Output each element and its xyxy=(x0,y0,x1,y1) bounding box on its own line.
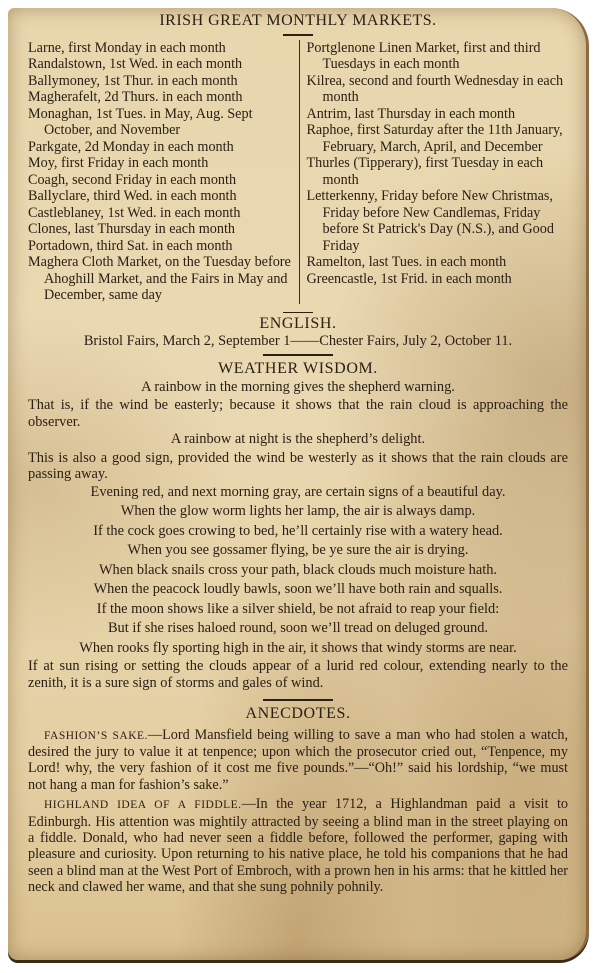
market-entry: Parkgate, 2d Monday in each month xyxy=(28,139,295,156)
page-content: IRISH GREAT MONTHLY MARKETS. Larne, firs… xyxy=(28,8,568,896)
weather-heading: WEATHER WISDOM. xyxy=(28,360,568,378)
market-entry: Ballyclare, third Wed. in each month xyxy=(28,188,295,205)
market-entry: Raphoe, first Saturday after the 11th Ja… xyxy=(306,122,568,155)
markets-left-column: Larne, first Monday in each month Randal… xyxy=(28,40,300,304)
market-entry: Portadown, third Sat. in each month xyxy=(28,238,295,255)
divider xyxy=(263,354,333,356)
market-entry: Antrim, last Thursday in each month xyxy=(306,106,568,123)
divider xyxy=(283,34,313,36)
market-entry: Ramelton, last Tues. in each month xyxy=(306,254,568,271)
anecdotes-heading: ANECDOTES. xyxy=(28,705,568,723)
weather-proverb: But if she rises haloed round, soon we’l… xyxy=(28,619,568,639)
weather-proverb: When you see gossamer flying, be ye sure… xyxy=(28,541,568,561)
almanac-page: IRISH GREAT MONTHLY MARKETS. Larne, firs… xyxy=(8,8,589,960)
anecdote-title: HIGHLAND IDEA OF A FIDDLE. xyxy=(44,799,242,811)
markets-columns: Larne, first Monday in each month Randal… xyxy=(28,40,568,304)
divider xyxy=(283,312,313,314)
market-entry: Randalstown, 1st Wed. in each month xyxy=(28,56,295,73)
weather-proverb: When black snails cross your path, black… xyxy=(28,561,568,581)
anecdote: HIGHLAND IDEA OF A FIDDLE.—In the year 1… xyxy=(28,796,568,895)
weather-proverb: When rooks fly sporting high in the air,… xyxy=(28,639,568,659)
market-entry: Letterkenny, Friday before New Christmas… xyxy=(306,188,568,254)
market-entry: Thurles (Tipperary), first Tuesday in ea… xyxy=(306,155,568,188)
market-entry: Portglenone Linen Market, first and thir… xyxy=(306,40,568,73)
market-entry: Moy, first Friday in each month xyxy=(28,155,295,172)
anecdote: FASHION’S SAKE.—Lord Mansfield being wil… xyxy=(28,727,568,794)
anecdote-title: FASHION’S SAKE. xyxy=(44,730,148,742)
market-entry: Magherafelt, 2d Thurs. in each month xyxy=(28,89,295,106)
market-entry: Larne, first Monday in each month xyxy=(28,40,295,57)
market-entry: Coagh, second Friday in each month xyxy=(28,172,295,189)
market-entry: Castleblaney, 1st Wed. in each month xyxy=(28,205,295,222)
market-entry: Clones, last Thursday in each month xyxy=(28,221,295,238)
weather-proverb: Evening red, and next morning gray, are … xyxy=(28,483,568,503)
weather-explanation: That is, if the wind be easterly; becaus… xyxy=(28,397,568,430)
weather-explanation: If at sun rising or setting the clouds a… xyxy=(28,658,568,691)
market-entry: Maghera Cloth Market, on the Tuesday bef… xyxy=(28,254,295,304)
weather-proverb: A rainbow in the morning gives the sheph… xyxy=(28,378,568,398)
market-entry: Ballymoney, 1st Thur. in each month xyxy=(28,73,295,90)
english-fairs-text: Bristol Fairs, March 2, September 1——Che… xyxy=(28,333,568,350)
weather-proverb: A rainbow at night is the shepherd’s del… xyxy=(28,430,568,450)
weather-explanation: This is also a good sign, provided the w… xyxy=(28,450,568,483)
market-entry: Monaghan, 1st Tues. in May, Aug. Sept Oc… xyxy=(28,106,295,139)
divider xyxy=(263,699,333,701)
market-entry: Greencastle, 1st Frid. in each month xyxy=(306,271,568,288)
english-heading: ENGLISH. xyxy=(28,315,568,333)
market-entry: Kilrea, second and fourth Wednesday in e… xyxy=(306,73,568,106)
weather-proverb: If the cock goes crowing to bed, he’ll c… xyxy=(28,522,568,542)
weather-proverb: When the glow worm lights her lamp, the … xyxy=(28,502,568,522)
weather-proverb: When the peacock loudly bawls, soon we’l… xyxy=(28,580,568,600)
markets-right-column: Portglenone Linen Market, first and thir… xyxy=(300,40,568,304)
weather-proverb: If the moon shows like a silver shield, … xyxy=(28,600,568,620)
page-title: IRISH GREAT MONTHLY MARKETS. xyxy=(28,10,568,32)
